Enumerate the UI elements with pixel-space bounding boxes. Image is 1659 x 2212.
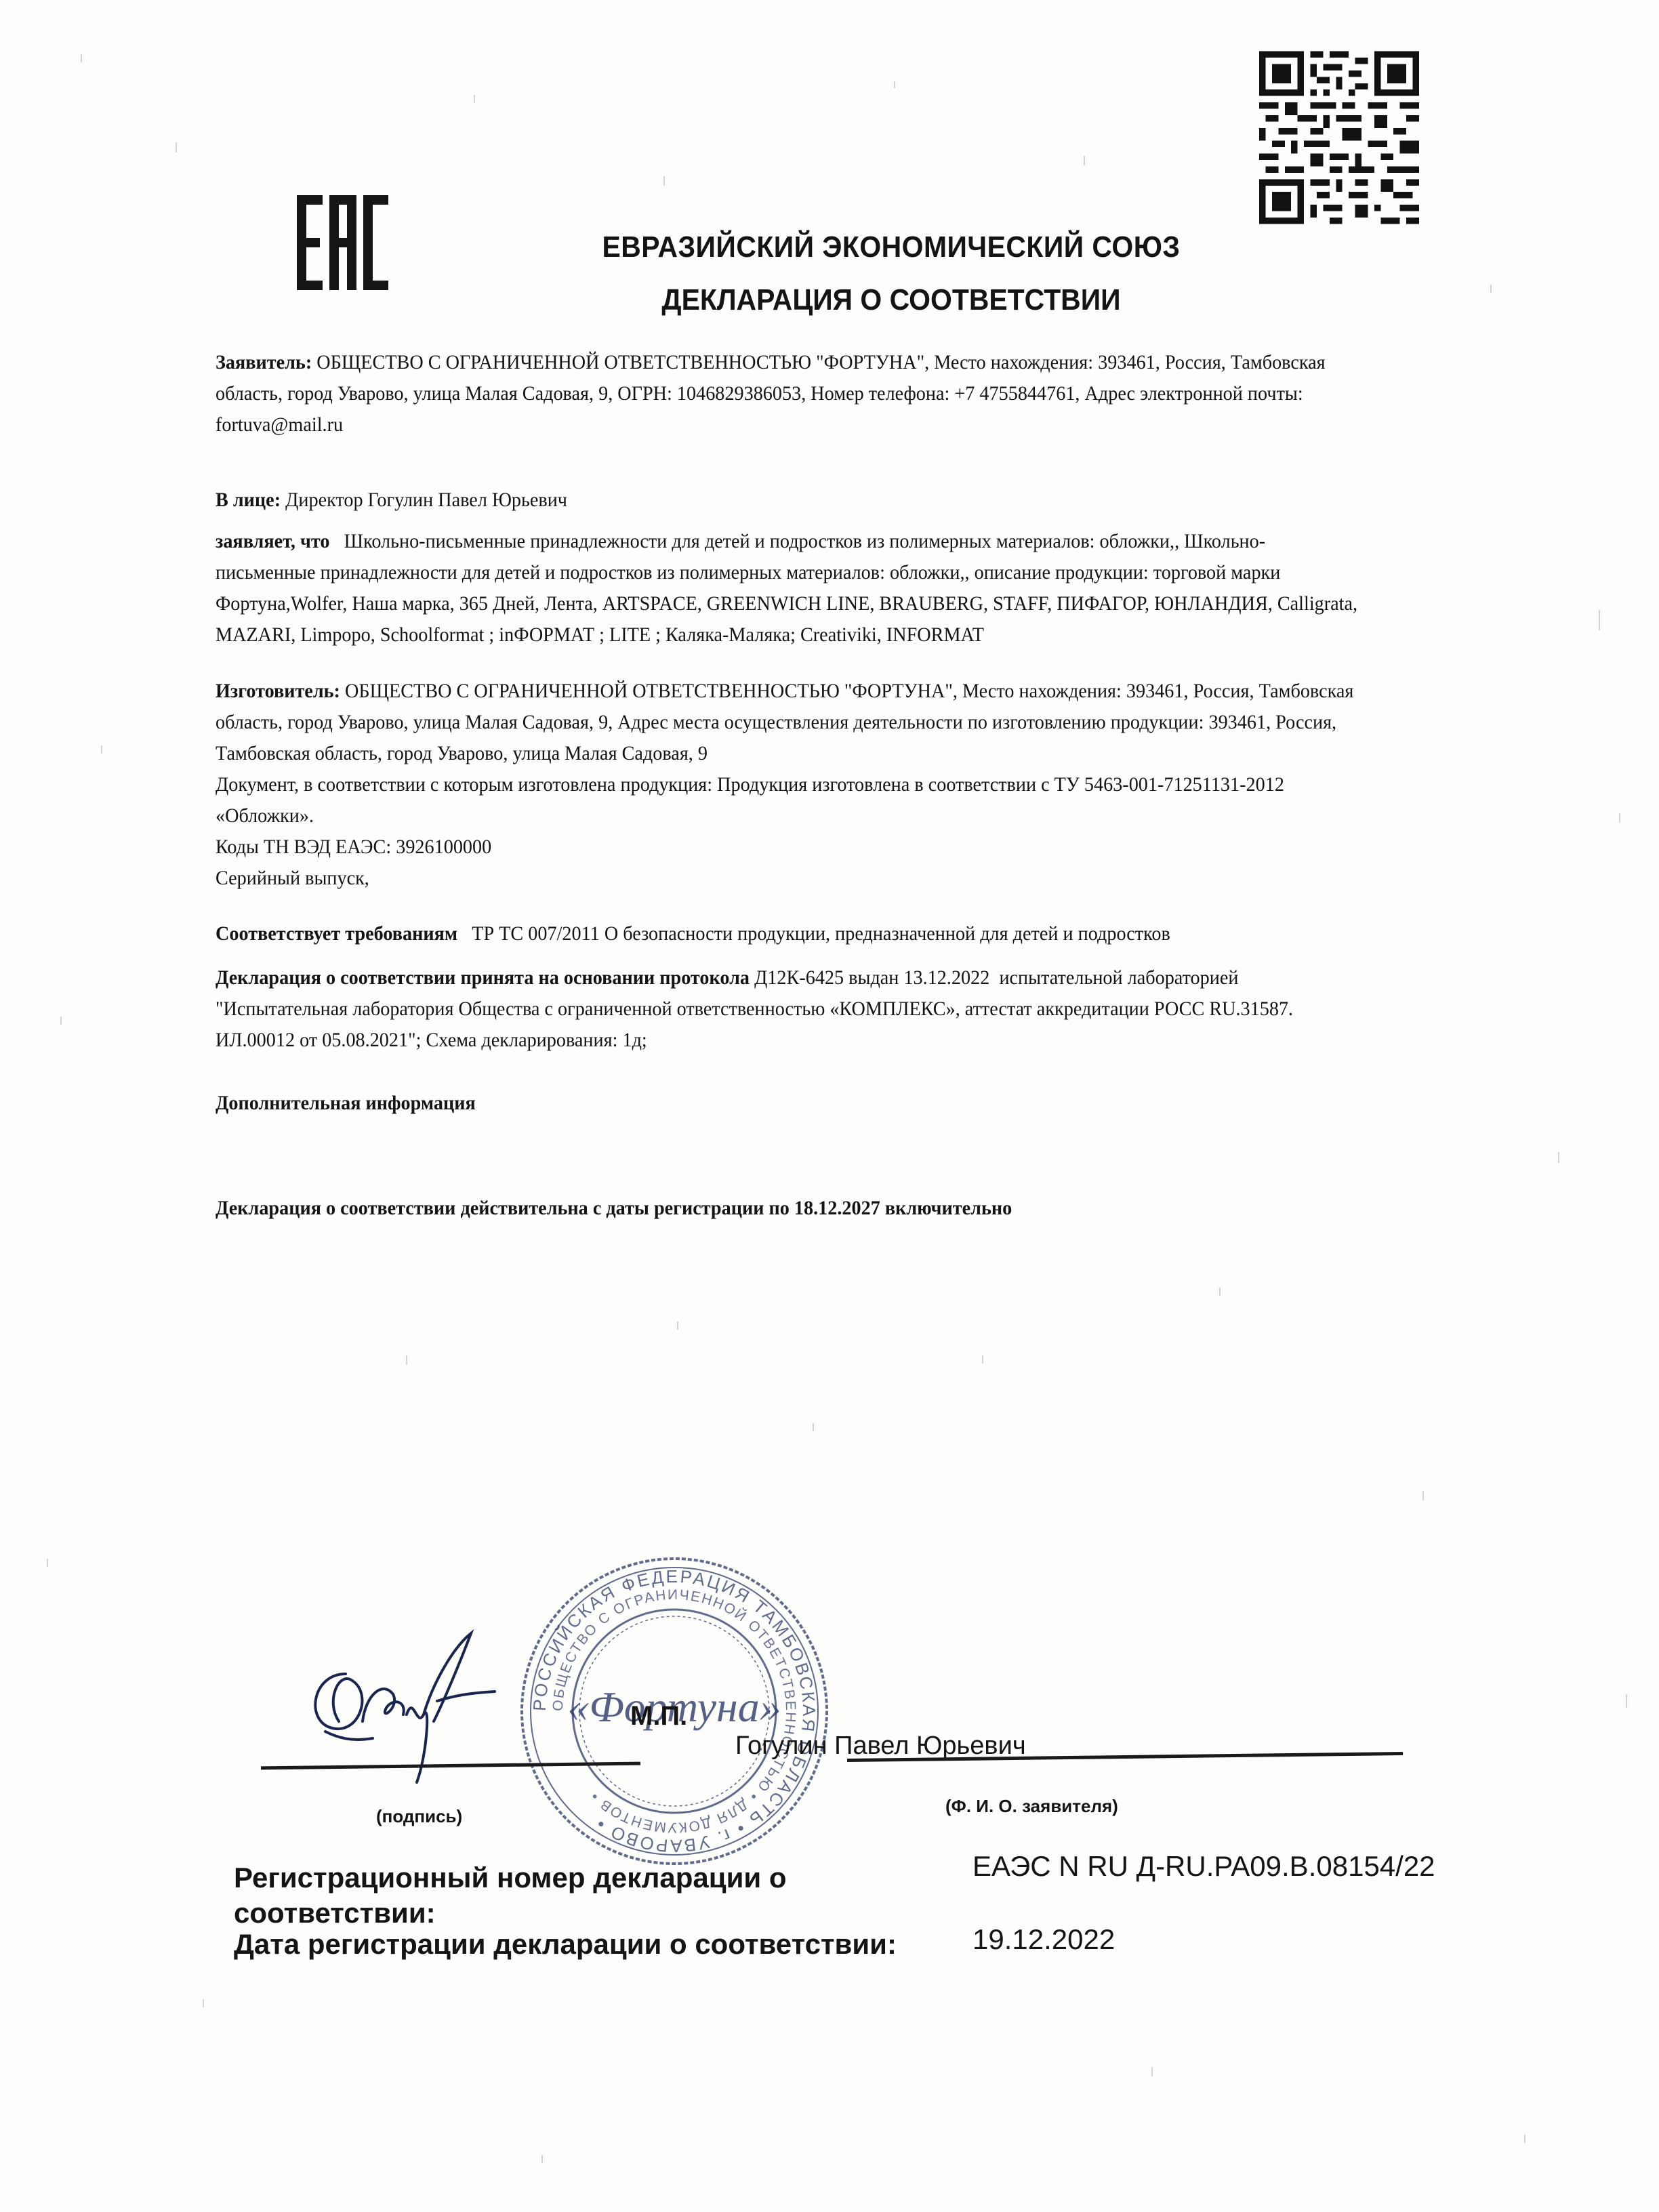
signature-caption: (подпись) — [376, 1806, 462, 1827]
registration-date-label: Дата регистрации декларации о соответств… — [234, 1928, 897, 1961]
manufacturer-label: Изготовитель: — [216, 680, 340, 702]
declaration-page: ЕВРАЗИЙСКИЙ ЭКОНОМИЧЕСКИЙ СОЮЗ ДЕКЛАРАЦИ… — [0, 0, 1659, 2212]
signer-name: Гогулин Павел Юрьевич — [735, 1732, 1026, 1761]
stamp-place-mark: М.П. — [630, 1701, 687, 1732]
representative-text: Директор Гогулин Павел Юрьевич — [281, 489, 567, 511]
tnved-codes-line: Коды ТН ВЭД ЕАЭС: 3926100000 — [216, 832, 1362, 863]
union-title: ЕВРАЗИЙСКИЙ ЭКОНОМИЧЕСКИЙ СОЮЗ — [62, 230, 1659, 264]
applicant-text: ОБЩЕСТВО С ОГРАНИЧЕННОЙ ОТВЕТСТВЕННОСТЬЮ… — [216, 351, 1326, 436]
registration-number-label: Регистрационный номер декларации о соотв… — [234, 1860, 817, 1931]
representative-label: В лице: — [216, 489, 281, 511]
additional-info-heading: Дополнительная информация — [216, 1088, 1362, 1119]
manufacturer-text: ОБЩЕСТВО С ОГРАНИЧЕННОЙ ОТВЕТСТВЕННОСТЬЮ… — [216, 680, 1353, 764]
document-title: ДЕКЛАРАЦИЯ О СООТВЕТСТВИИ — [62, 283, 1659, 317]
representative-section: В лице: Директор Гогулин Павел Юрьевич — [216, 485, 1362, 516]
qr-code-icon[interactable] — [1259, 49, 1419, 226]
product-description: Школьно-письменные принадлежности для де… — [216, 530, 1362, 646]
conformity-text: ТР ТС 007/2011 О безопасности продукции,… — [457, 922, 1170, 945]
registration-number-value: ЕАЭС N RU Д-RU.PA09.B.08154/22 — [972, 1850, 1435, 1883]
conformity-label: Соответствует требованиям — [216, 922, 457, 945]
applicant-section: Заявитель: ОБЩЕСТВО С ОГРАНИЧЕННОЙ ОТВЕТ… — [216, 347, 1362, 441]
standard-document-line: Документ, в соответствии с которым изгот… — [216, 769, 1362, 832]
manufacturer-section: Изготовитель: ОБЩЕСТВО С ОГРАНИЧЕННОЙ ОТ… — [216, 676, 1362, 894]
conformity-section: Соответствует требованиям ТР ТС 007/2011… — [216, 918, 1362, 949]
validity-statement: Декларация о соответствии действительна … — [216, 1193, 1362, 1224]
basis-label: Декларация о соответствии принята на осн… — [216, 966, 750, 989]
declares-label: заявляет, что — [216, 530, 329, 552]
registration-date-value: 19.12.2022 — [972, 1923, 1115, 1956]
applicant-label: Заявитель: — [216, 351, 312, 373]
serial-release-line: Серийный выпуск, — [216, 863, 1362, 894]
basis-section: Декларация о соответствии принята на осн… — [216, 962, 1362, 1056]
declares-section: заявляет, что Школьно-письменные принадл… — [216, 526, 1362, 651]
applicant-name-caption: (Ф. И. О. заявителя) — [945, 1796, 1118, 1817]
